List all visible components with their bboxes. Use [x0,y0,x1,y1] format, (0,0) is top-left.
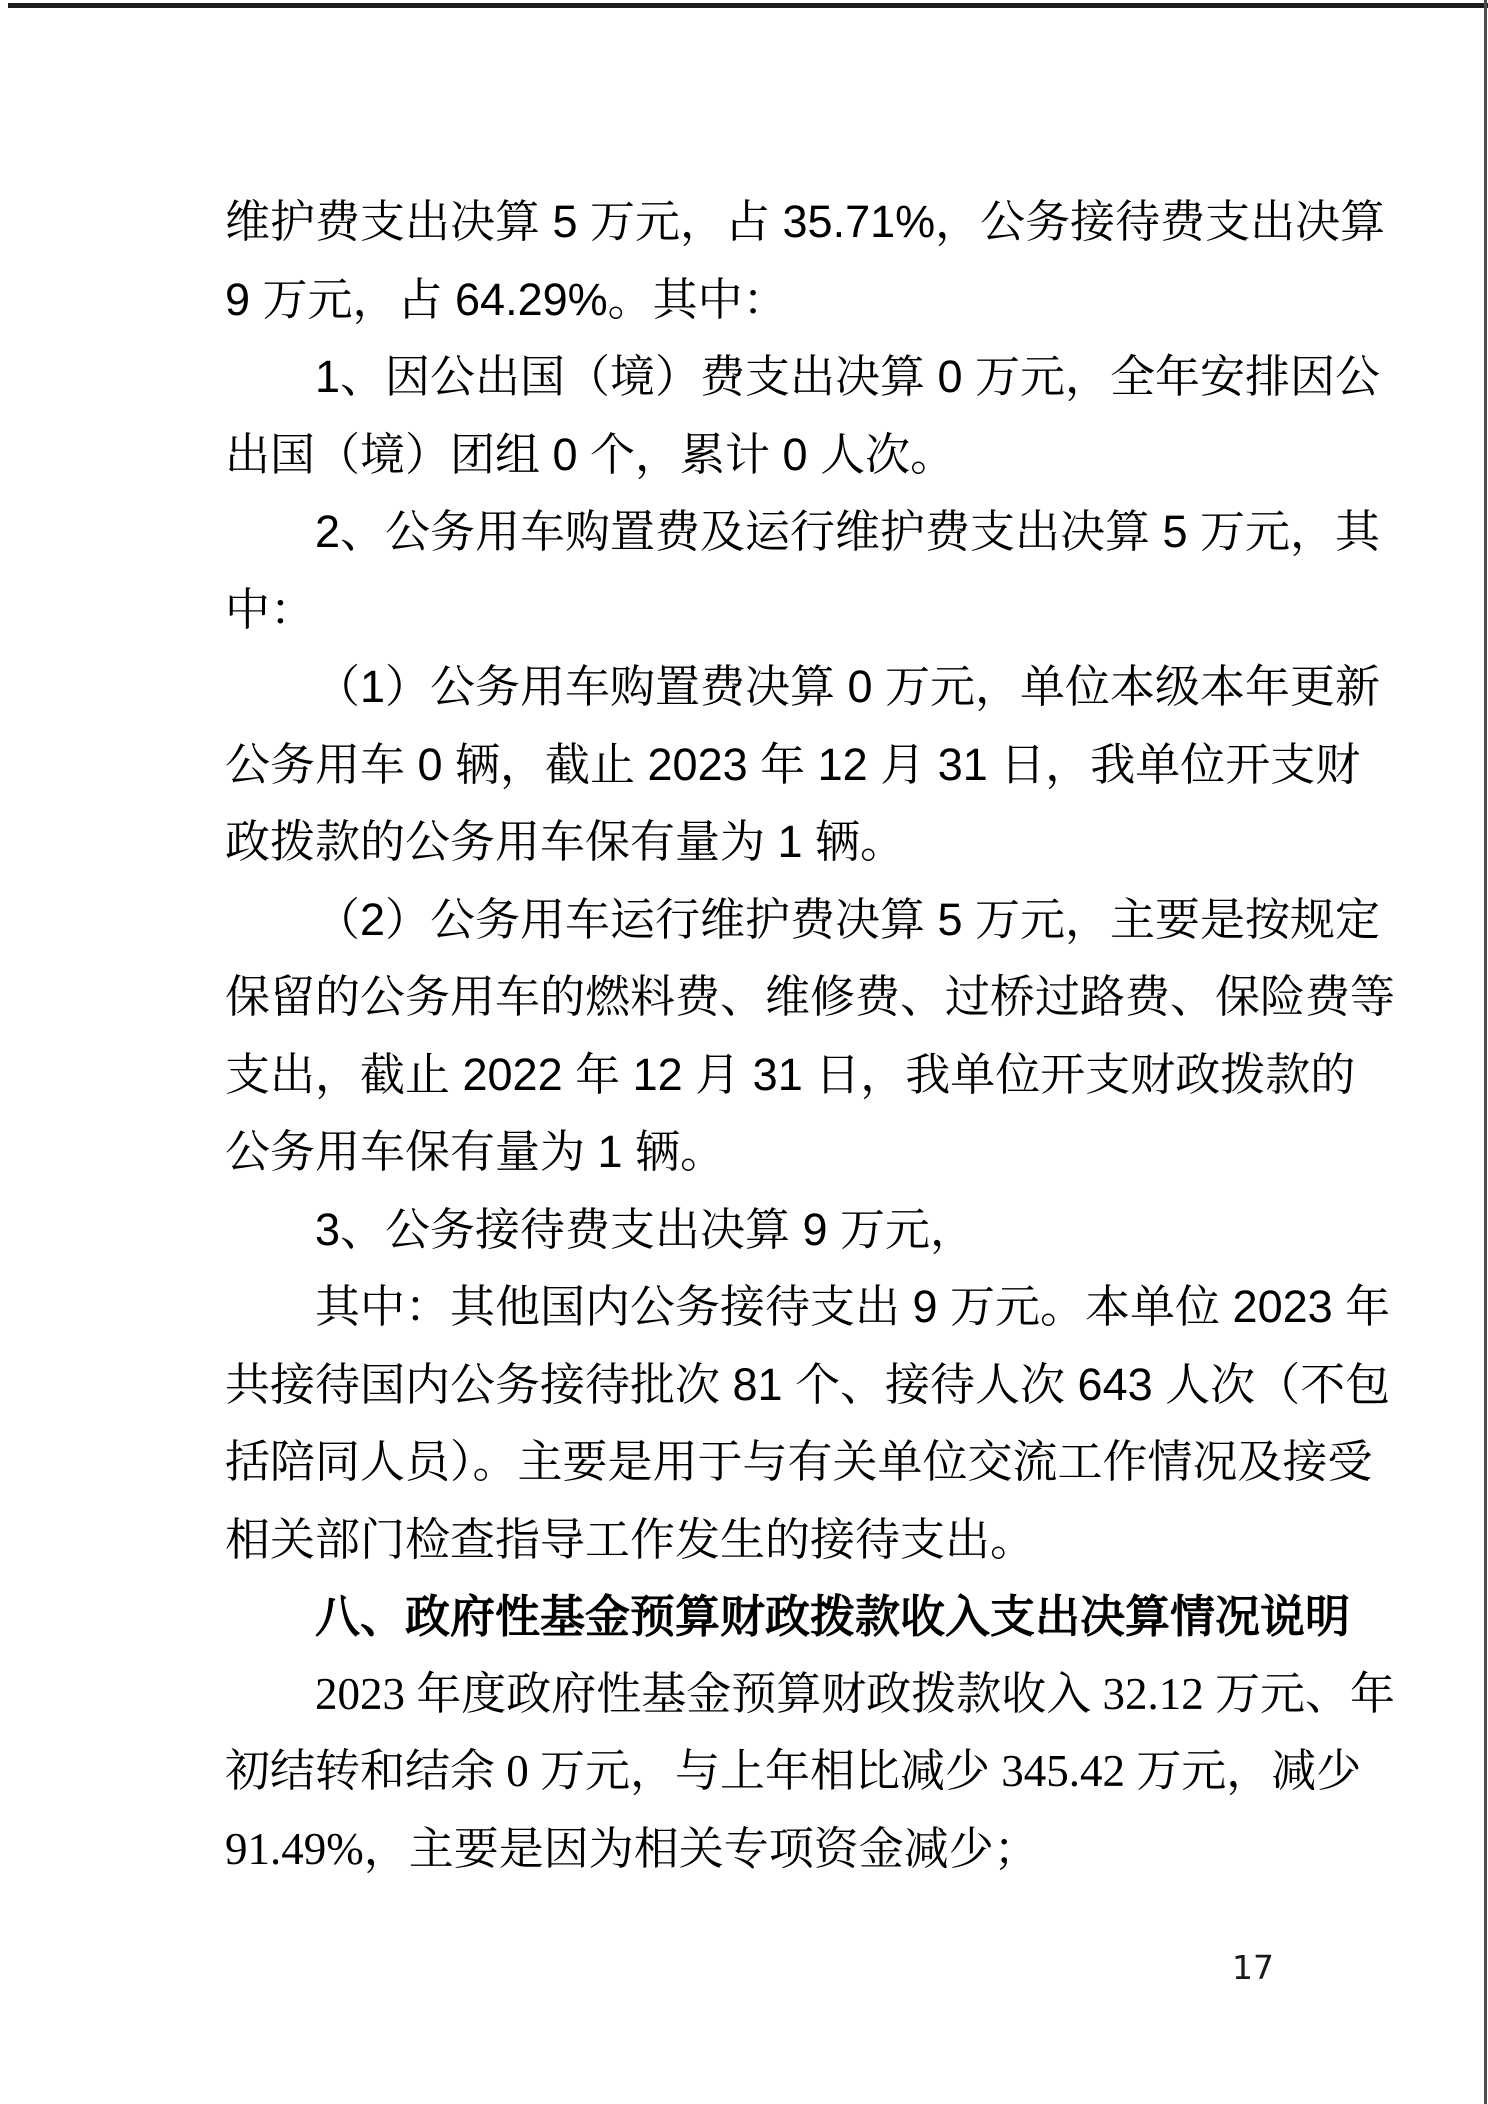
text-line: 公务用车保有量为 1 辆。 [225,1113,1345,1191]
document-page: 维护费支出决算 5 万元，占 35.71%，公务接待费支出决算9 万元，占 64… [0,0,1488,2104]
page-number: 17 [1232,1948,1274,1987]
text-line: 3、公务接待费支出决算 9 万元， [225,1191,1345,1269]
text-line: 2023 年度政府性基金预算财政拨款收入 32.12 万元、年 [225,1656,1345,1734]
text-line: 1、因公出国（境）费支出决算 0 万元，全年安排因公 [225,338,1345,416]
page-top-border [8,3,1488,8]
text-line: 维护费支出决算 5 万元，占 35.71%，公务接待费支出决算 [225,183,1345,261]
text-line: （2）公务用车运行维护费决算 5 万元，主要是按规定 [225,881,1345,959]
text-line: 保留的公务用车的燃料费、维修费、过桥过路费、保险费等 [225,958,1345,1036]
text-line: 出国（境）团组 0 个，累计 0 人次。 [225,416,1345,494]
text-line: 政拨款的公务用车保有量为 1 辆。 [225,803,1345,881]
text-line: 其中：其他国内公务接待支出 9 万元。本单位 2023 年 [225,1268,1345,1346]
page-right-border [1484,0,1487,2104]
text-line: 初结转和结余 0 万元，与上年相比减少 345.42 万元，减少 [225,1733,1345,1811]
text-line: 公务用车 0 辆，截止 2023 年 12 月 31 日，我单位开支财 [225,726,1345,804]
text-line: （1）公务用车购置费决算 0 万元，单位本级本年更新 [225,648,1345,726]
text-line: 2、公务用车购置费及运行维护费支出决算 5 万元，其 [225,493,1345,571]
text-line: 括陪同人员）。主要是用于与有关单位交流工作情况及接受 [225,1423,1345,1501]
document-text-block: 维护费支出决算 5 万元，占 35.71%，公务接待费支出决算9 万元，占 64… [225,183,1345,1888]
text-line: 支出，截止 2022 年 12 月 31 日，我单位开支财政拨款的 [225,1036,1345,1114]
text-line: 91.49%，主要是因为相关专项资金减少； [225,1811,1345,1889]
text-line: 相关部门检查指导工作发生的接待支出。 [225,1501,1345,1579]
section-heading: 八、政府性基金预算财政拨款收入支出决算情况说明 [225,1578,1345,1656]
text-line: 9 万元，占 64.29%。其中： [225,261,1345,339]
text-line: 中： [225,571,1345,649]
text-line: 共接待国内公务接待批次 81 个、接待人次 643 人次（不包 [225,1346,1345,1424]
